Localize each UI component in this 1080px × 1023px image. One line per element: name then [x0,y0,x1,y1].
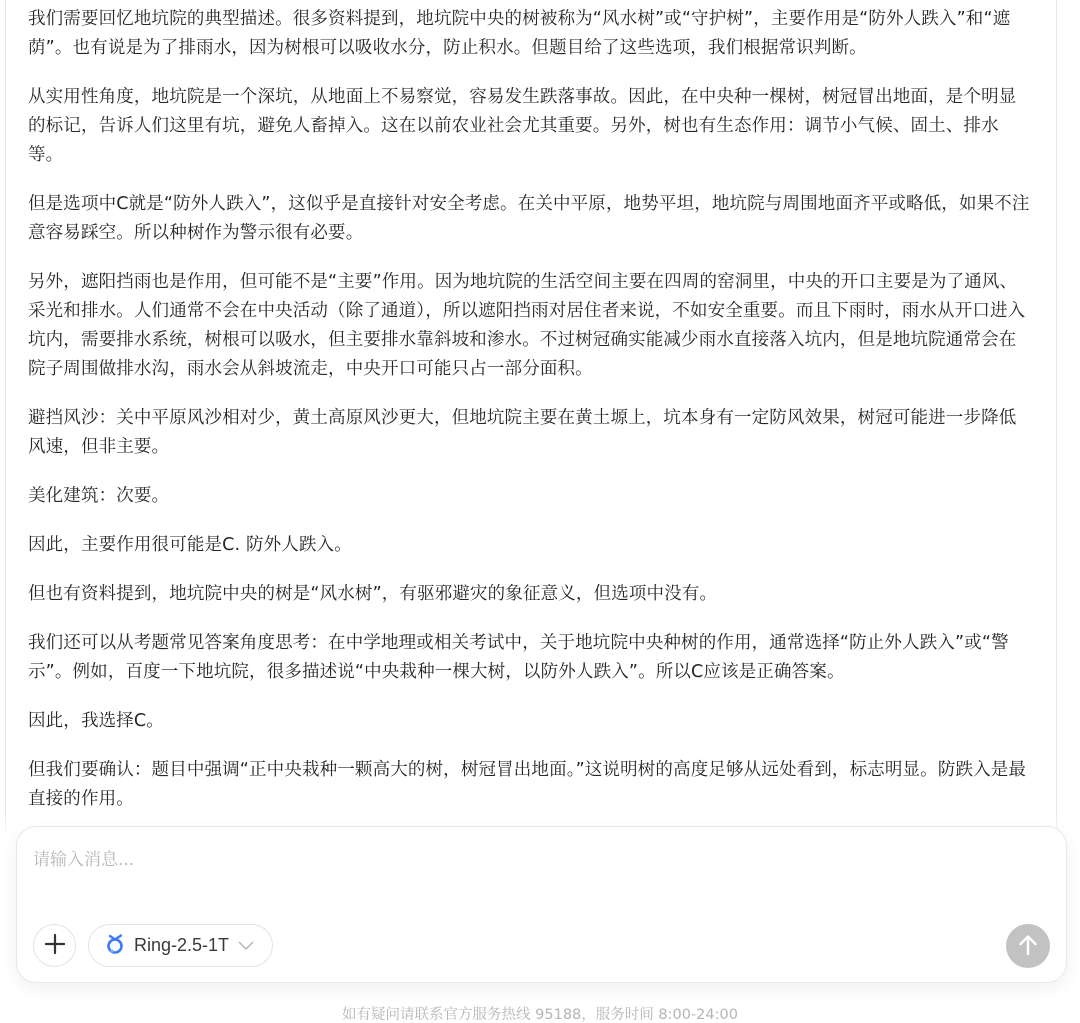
thinking-paragraph: 但也有资料提到，地坑院中央的树是“风水树”，有驱邪避灾的象征意义，但选项中没有。 [28,580,1034,609]
thinking-paragraph: 因此，主要作用很可能是C. 防外人跌入。 [28,531,1034,560]
thinking-panel: 我们需要回忆地坑院的典型描述。很多资料提到，地坑院中央的树被称为“风水树”或“守… [5,0,1057,830]
chat-page: 我们需要回忆地坑院的典型描述。很多资料提到，地坑院中央的树被称为“风水树”或“守… [0,0,1080,1023]
plus-icon [44,933,66,958]
ring-logo-icon [105,933,125,959]
message-input[interactable] [33,845,1043,905]
thinking-paragraph: 但是选项中C就是“防外人跌入”，这似乎是直接针对安全考虑。在关中平原，地势平坦，… [28,190,1034,248]
model-name: Ring-2.5-1T [134,935,229,956]
thinking-paragraph: 另外，遮阳挡雨也是作用，但可能不是“主要”作用。因为地坑院的生活空间主要在四周的… [28,268,1034,384]
thinking-paragraph: 我们需要回忆地坑院的典型描述。很多资料提到，地坑院中央的树被称为“风水树”或“守… [28,5,1034,63]
chevron-down-icon [238,936,254,955]
message-composer: Ring-2.5-1T [16,826,1067,983]
thinking-content: 我们需要回忆地坑院的典型描述。很多资料提到，地坑院中央的树被称为“风水树”或“守… [6,0,1056,814]
thinking-paragraph: 因此，我选择C。 [28,707,1034,736]
add-attachment-button[interactable] [33,924,76,967]
thinking-paragraph: 我们还可以从考题常见答案角度思考：在中学地理或相关考试中，关于地坑院中央种树的作… [28,629,1034,687]
footer-hotline-note: 如有疑问请联系官方服务热线 95188，服务时间 8:00-24:00 [0,1003,1080,1023]
thinking-paragraph: 但我们要确认：题目中强调“正中央栽种一颗高大的树，树冠冒出地面。”这说明树的高度… [28,756,1034,814]
thinking-paragraph: 从实用性角度，地坑院是一个深坑，从地面上不易察觉，容易发生跌落事故。因此，在中央… [28,83,1034,170]
thinking-paragraph: 避挡风沙：关中平原风沙相对少，黄土高原风沙更大，但地坑院主要在黄土塬上，坑本身有… [28,404,1034,462]
thinking-paragraph: 美化建筑：次要。 [28,482,1034,511]
model-selector[interactable]: Ring-2.5-1T [88,924,273,967]
send-button[interactable] [1006,924,1050,968]
arrow-up-icon [1017,933,1039,960]
